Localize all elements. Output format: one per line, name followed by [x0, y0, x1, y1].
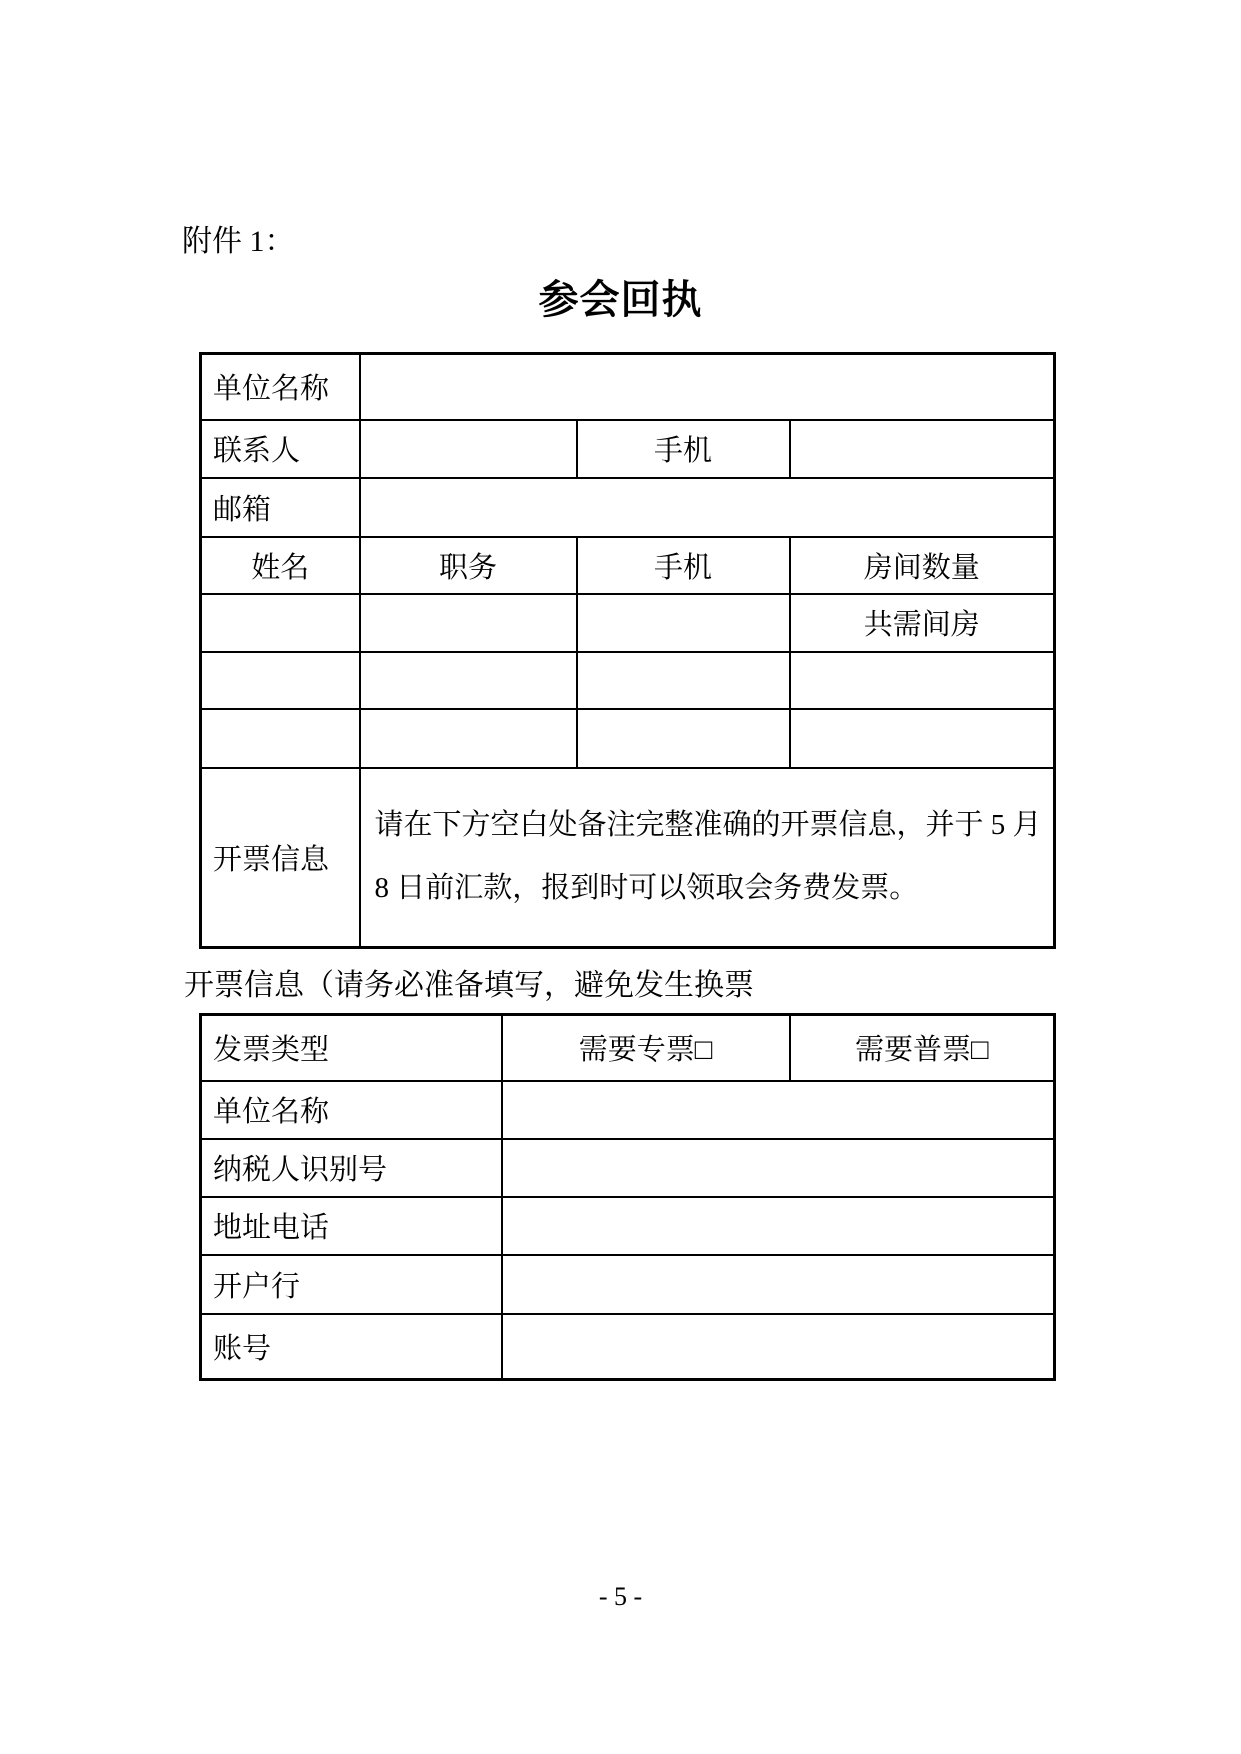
bank-label: 开户行 — [201, 1255, 502, 1314]
table-row: 开户行 — [201, 1255, 1055, 1314]
document-page: 附件 1： 参会回执 单位名称 联系人 手机 邮箱 姓名 职务 手机 房间数量 — [0, 0, 1241, 1754]
account-blank-cell — [502, 1314, 1055, 1380]
empty-cell — [577, 594, 790, 652]
page-number: - 5 - — [0, 1582, 1241, 1612]
company-name-label: 单位名称 — [201, 354, 360, 420]
rooms-total-label: 共需间房 — [790, 594, 1055, 652]
doc-title: 参会回执 — [0, 268, 1241, 325]
empty-cell — [360, 652, 577, 709]
company-name-blank-cell — [360, 354, 1055, 420]
contact-blank-cell — [360, 420, 577, 478]
address-phone-label: 地址电话 — [201, 1197, 502, 1255]
special-invoice-checkbox-option: 需要专票□ — [502, 1015, 790, 1081]
attendee-header-row: 姓名 职务 手机 房间数量 — [201, 537, 1055, 594]
invoice-type-row: 发票类型 需要专票□ 需要普票□ — [201, 1015, 1055, 1081]
empty-cell — [201, 709, 360, 768]
empty-cell — [360, 594, 577, 652]
invoice-info-note-line1: 请在下方空白处备注完整准确的开票信息，并于 5 月 — [375, 794, 1054, 857]
invoice-company-name-blank-cell — [502, 1081, 1055, 1139]
email-blank-cell — [360, 478, 1055, 537]
taxpayer-id-label: 纳税人识别号 — [201, 1139, 502, 1197]
bank-blank-cell — [502, 1255, 1055, 1314]
empty-cell — [360, 709, 577, 768]
table-row: 地址电话 — [201, 1197, 1055, 1255]
invoice-info-table: 发票类型 需要专票□ 需要普票□ 单位名称 纳税人识别号 地址电话 开户行 账号 — [199, 1013, 1056, 1381]
account-label: 账号 — [201, 1314, 502, 1380]
taxpayer-id-blank-cell — [502, 1139, 1055, 1197]
invoice-info-note-cell: 请在下方空白处备注完整准确的开票信息，并于 5 月 8 日前汇款，报到时可以领取… — [360, 768, 1055, 948]
invoice-info-row: 开票信息 请在下方空白处备注完整准确的开票信息，并于 5 月 8 日前汇款，报到… — [201, 768, 1055, 948]
invoice-type-label: 发票类型 — [201, 1015, 502, 1081]
attendee-row: 共需间房 — [201, 594, 1055, 652]
invoice-info-label: 开票信息 — [201, 768, 360, 948]
table-row: 单位名称 — [201, 354, 1055, 420]
attendee-room-count-header: 房间数量 — [790, 537, 1055, 594]
table-row: 联系人 手机 — [201, 420, 1055, 478]
table-row: 邮箱 — [201, 478, 1055, 537]
attendee-name-header: 姓名 — [201, 537, 360, 594]
table-row: 纳税人识别号 — [201, 1139, 1055, 1197]
empty-cell — [201, 652, 360, 709]
empty-cell — [790, 709, 1055, 768]
table-row: 账号 — [201, 1314, 1055, 1380]
attendee-mobile-header: 手机 — [577, 537, 790, 594]
table-row: 单位名称 — [201, 1081, 1055, 1139]
empty-cell — [790, 652, 1055, 709]
attendee-row — [201, 709, 1055, 768]
contact-mobile-label: 手机 — [577, 420, 790, 478]
invoice-info-note-line2: 8 日前汇款，报到时可以领取会务费发票。 — [375, 857, 1054, 920]
attendee-row — [201, 652, 1055, 709]
attachment-label: 附件 1： — [182, 216, 295, 260]
address-phone-blank-cell — [502, 1197, 1055, 1255]
empty-cell — [201, 594, 360, 652]
reply-form-table: 单位名称 联系人 手机 邮箱 姓名 职务 手机 房间数量 共需间房 — [199, 352, 1056, 949]
contact-label: 联系人 — [201, 420, 360, 478]
invoice-section-note: 开票信息（请务必准备填写，避免发生换票 — [184, 960, 754, 1004]
empty-cell — [577, 652, 790, 709]
contact-mobile-blank-cell — [790, 420, 1055, 478]
invoice-company-name-label: 单位名称 — [201, 1081, 502, 1139]
general-invoice-checkbox-option: 需要普票□ — [790, 1015, 1055, 1081]
email-label: 邮箱 — [201, 478, 360, 537]
attendee-job-title-header: 职务 — [360, 537, 577, 594]
empty-cell — [577, 709, 790, 768]
